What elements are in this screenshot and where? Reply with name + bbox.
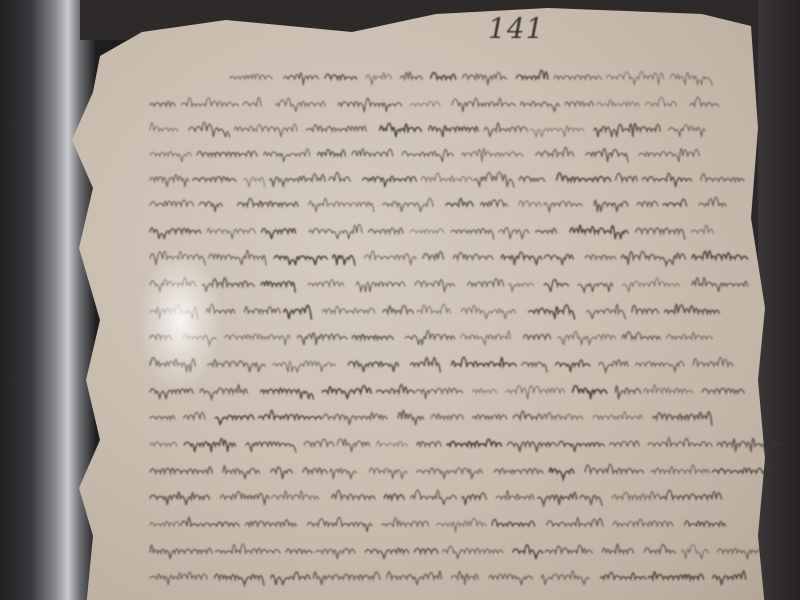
handwritten-line	[150, 384, 744, 399]
handwritten-line	[150, 544, 768, 559]
handwritten-line	[150, 304, 719, 319]
handwritten-line	[150, 331, 712, 345]
handwritten-line	[150, 147, 699, 162]
handwritten-line	[150, 437, 784, 452]
handwritten-line	[150, 571, 746, 585]
handwritten-line	[150, 197, 726, 212]
handwritten-line	[150, 172, 744, 187]
handwritten-line	[150, 517, 726, 532]
handwritten-line	[150, 357, 733, 372]
handwritten-line	[150, 490, 721, 505]
handwritten-line	[150, 464, 776, 479]
handwritten-line	[150, 277, 748, 292]
handwritten-line	[150, 225, 714, 240]
handwritten-line	[230, 70, 712, 85]
handwritten-line	[150, 122, 705, 137]
handwritten-line	[150, 97, 719, 112]
handwritten-line	[150, 250, 748, 265]
handwritten-line	[150, 410, 712, 425]
handwritten-text-block	[0, 0, 800, 600]
